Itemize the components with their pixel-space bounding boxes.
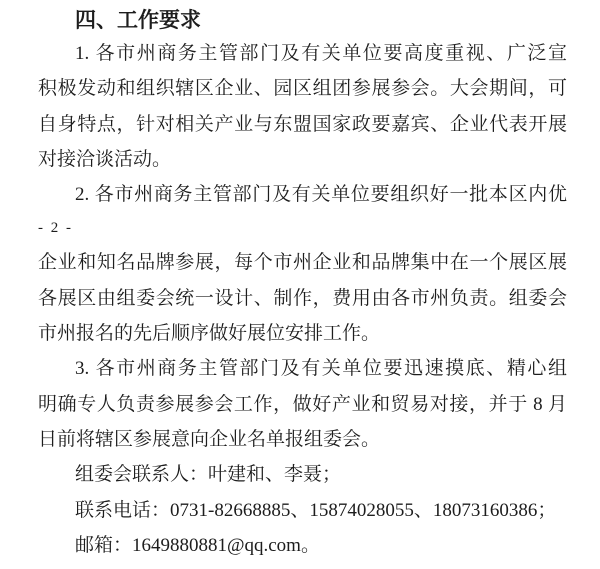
- paragraph-3-line: 明确专人负责参展参会工作，做好产业和贸易对接，并于 8 月 25: [38, 387, 567, 422]
- paragraph-1-line: 1. 各市州商务主管部门及有关单位要高度重视、广泛宣传，: [38, 36, 567, 71]
- contact-email-line: 邮箱：1649880881@qq.com。: [38, 528, 567, 563]
- document-page: 四、工作要求 1. 各市州商务主管部门及有关单位要高度重视、广泛宣传， 积极发动…: [0, 0, 600, 569]
- paragraph-2-line: 各展区由组委会统一设计、制作，费用由各市州负责。组委会按各: [38, 281, 567, 316]
- paragraph-1-line: 对接洽谈活动。: [38, 142, 567, 177]
- paragraph-2-line: 2. 各市州商务主管部门及有关单位要组织好一批本区内优势: [38, 177, 567, 212]
- paragraph-3-line: 3. 各市州商务主管部门及有关单位要迅速摸底、精心组织，: [38, 351, 567, 386]
- paragraph-2-line: 市州报名的先后顺序做好展位安排工作。: [38, 316, 567, 351]
- contact-person-line: 组委会联系人：叶建和、李聂；: [38, 457, 567, 492]
- paragraph-2-line: 企业和知名品牌参展，每个市州企业和品牌集中在一个展区展示，: [38, 245, 567, 280]
- page-number: - 2 -: [38, 212, 567, 245]
- paragraph-3-line: 日前将辖区参展意向企业名单报组委会。: [38, 422, 567, 457]
- contact-phone-line: 联系电话：0731-82668885、15874028055、180731603…: [38, 493, 567, 528]
- paragraph-1-line: 自身特点，针对相关产业与东盟国家政要嘉宾、企业代表开展贸易: [38, 107, 567, 142]
- paragraph-1-line: 积极发动和组织辖区企业、园区组团参展参会。大会期间，可根据: [38, 71, 567, 106]
- section-heading: 四、工作要求: [38, 5, 567, 36]
